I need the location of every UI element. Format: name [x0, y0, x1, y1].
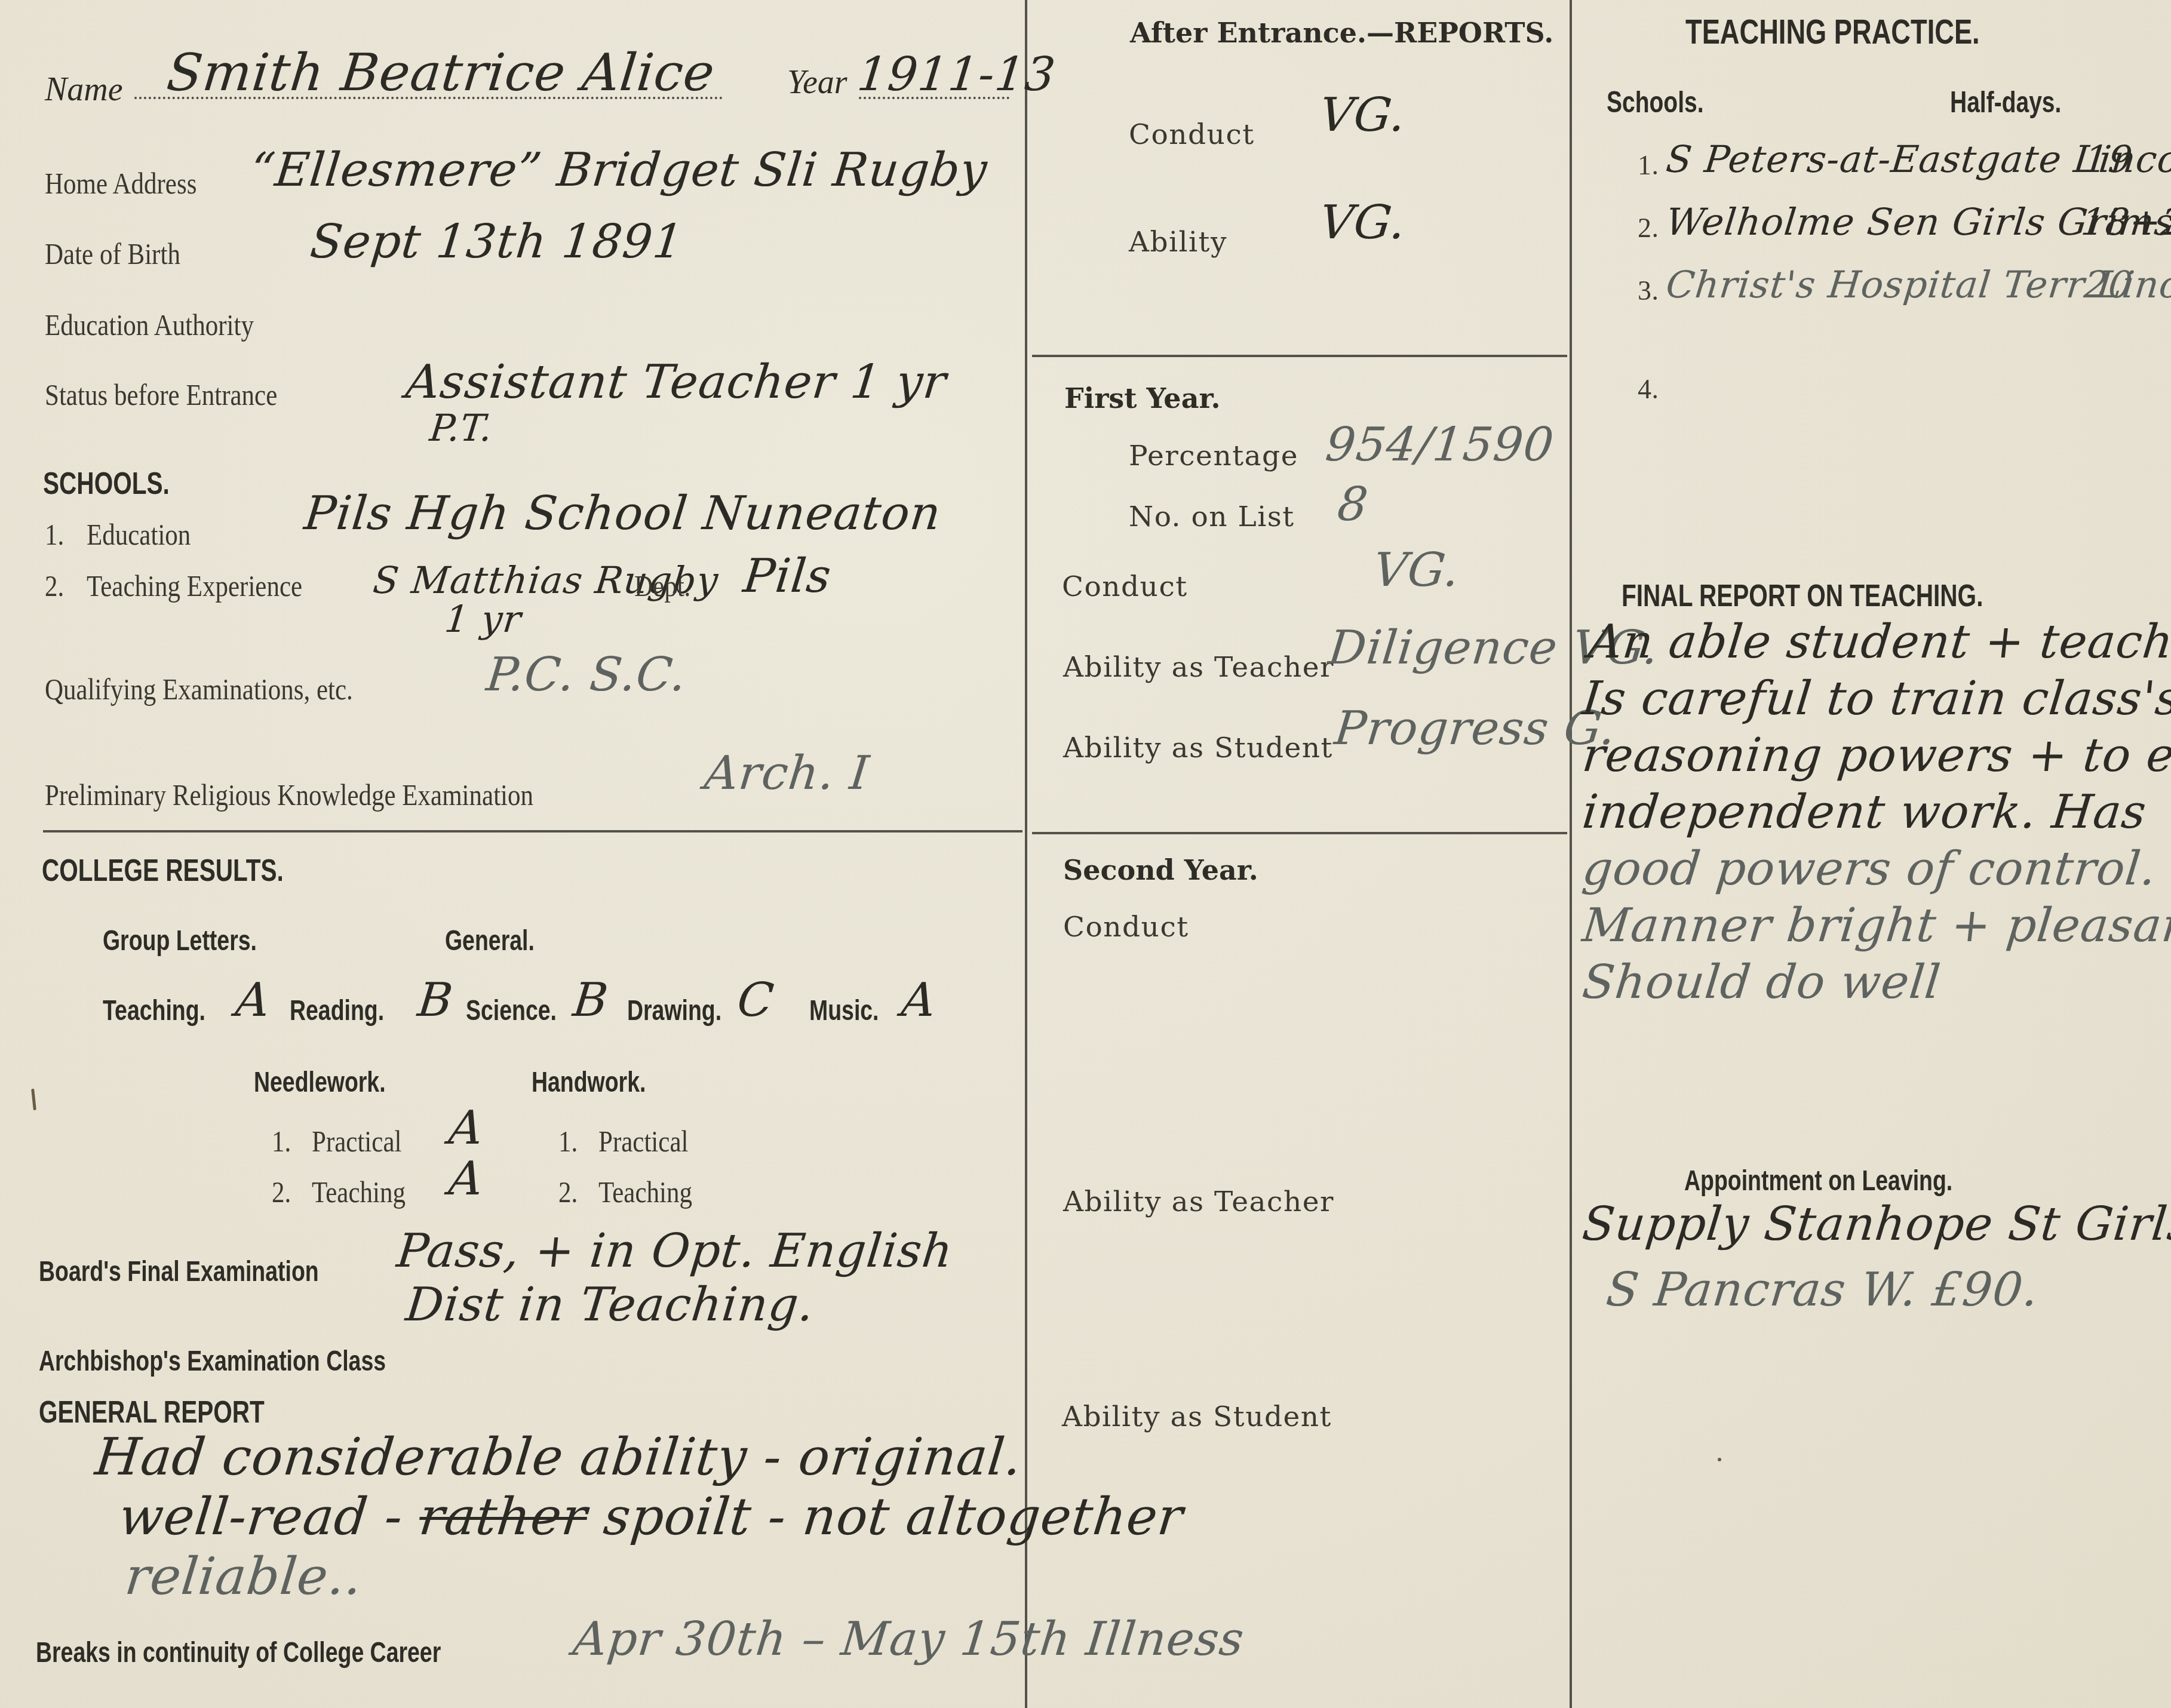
general-report-line3: reliable.. — [122, 1547, 366, 1606]
appointment-line2: S Pancras W. £90. — [1604, 1263, 2041, 1317]
status-value-line2: P.T. — [428, 406, 495, 450]
handwork-num: 2. — [558, 1175, 578, 1209]
general-report-line2-end: spoilt - not altogether — [601, 1487, 1186, 1547]
boards-final-label: Board's Final Examination — [39, 1255, 319, 1288]
needlework-item-label: Practical — [312, 1124, 401, 1159]
general-report-line1: Had considerable ability - original. — [93, 1427, 1025, 1487]
first-year-student-value: Progress G. — [1332, 702, 1619, 755]
needlework-label: Needlework. — [254, 1066, 386, 1099]
after-entrance-label: Ability — [1129, 226, 1227, 259]
practice-row-half-days: 19 — [2082, 137, 2135, 181]
column-divider-right — [1570, 0, 1572, 1708]
ink-mark — [31, 1089, 36, 1110]
final-report-line: good powers of control. — [1580, 842, 2159, 896]
needlework-grade: A — [446, 1101, 486, 1155]
final-report-line: Should do well — [1580, 956, 1943, 1009]
practice-row-half-days: 20 — [2082, 263, 2135, 306]
first-year-student-label: Ability as Student — [1063, 732, 1333, 764]
status-value: Assistant Teacher 1 yr — [403, 355, 949, 409]
name-value: Smith Beatrice Alice — [164, 43, 718, 103]
education-num: 1. — [45, 517, 64, 552]
reports-heading: After Entrance.—REPORTS. — [1130, 17, 1553, 49]
practice-row-num: 3. — [1638, 275, 1659, 306]
first-year-teacher-label: Ability as Teacher — [1063, 651, 1334, 684]
section-divider-after-entrance — [1032, 355, 1567, 357]
second-year-teacher-label: Ability as Teacher — [1063, 1185, 1334, 1218]
second-year-student-label: Ability as Student — [1062, 1400, 1332, 1433]
list-label: No. on List — [1129, 500, 1295, 533]
group-letters-label: Group Letters. — [103, 924, 257, 957]
religious-value: Arch. I — [702, 747, 871, 800]
handwork-item-label: Teaching — [598, 1175, 692, 1209]
needlework-grade: A — [446, 1152, 486, 1206]
needlework-num: 2. — [272, 1175, 291, 1209]
teaching-practice-heading: TEACHING PRACTICE. — [1685, 12, 1980, 52]
grade-label: Science. — [466, 994, 557, 1027]
after-entrance-label: Conduct — [1129, 118, 1255, 151]
second-year-heading: Second Year. — [1063, 854, 1258, 886]
ink-dot — [1718, 1458, 1721, 1461]
student-record-card: Name Smith Beatrice Alice Year 1911-13 H… — [0, 0, 2171, 1708]
percentage-value: 954/1590 — [1323, 418, 1556, 472]
dob-value: Sept 13th 1891 — [308, 215, 686, 269]
religious-label: Preliminary Religious Knowledge Examinat… — [45, 778, 533, 812]
list-value: 8 — [1335, 478, 1371, 532]
practice-row-half-days: 18+2 — [2079, 200, 2171, 244]
second-year-conduct-label: Conduct — [1063, 911, 1189, 944]
archbishop-label: Archbishop's Examination Class — [39, 1345, 386, 1378]
practice-row-num: 4. — [1638, 373, 1659, 405]
breaks-label: Breaks in continuity of College Career — [36, 1636, 441, 1669]
section-divider-personal — [43, 830, 1022, 833]
final-report-line: An able student + teacher. — [1586, 615, 2171, 669]
final-report-line: Is careful to train class's — [1580, 672, 2171, 726]
breaks-value: Apr 30th – May 15th Illness — [570, 1612, 1246, 1666]
general-label: General. — [445, 924, 535, 957]
grade-value: B — [415, 973, 456, 1027]
qualifying-value: P.C. S.C. — [484, 648, 689, 702]
appointment-heading: Appointment on Leaving. — [1684, 1165, 1952, 1197]
name-label: Name — [45, 70, 123, 109]
general-report-struck-word: rather — [416, 1487, 590, 1547]
grade-label: Teaching. — [103, 994, 205, 1027]
practice-row-num: 2. — [1638, 212, 1659, 244]
education-authority-label: Education Authority — [45, 308, 254, 342]
handwork-num: 1. — [558, 1124, 578, 1159]
year-value: 1911-13 — [855, 48, 1058, 102]
final-report-line: independent work. Has — [1580, 785, 2149, 839]
teaching-exp-label: Teaching Experience — [87, 569, 302, 603]
first-year-conduct-label: Conduct — [1062, 570, 1188, 603]
after-entrance-value: VG. — [1317, 196, 1408, 250]
grade-value: B — [570, 973, 611, 1027]
needlework-num: 1. — [272, 1124, 291, 1159]
after-entrance-value: VG. — [1317, 88, 1408, 142]
column-divider-left — [1025, 0, 1027, 1708]
grade-label: Music. — [809, 994, 879, 1027]
grade-label: Reading. — [290, 994, 384, 1027]
schools-heading: SCHOOLS. — [43, 466, 170, 502]
year-label: Year — [787, 63, 847, 102]
home-address-value: “Ellesmere” Bridget Sli Rugby — [248, 143, 990, 197]
handwork-label: Handwork. — [532, 1066, 646, 1099]
section-divider-first-year — [1032, 832, 1567, 834]
appointment-line1: Supply Stanhope St Girls — [1580, 1197, 2171, 1251]
grade-value: C — [735, 973, 776, 1027]
dob-label: Date of Birth — [45, 236, 180, 271]
teaching-exp-value-line2: 1 yr — [443, 597, 524, 641]
boards-final-value-line2: Dist in Teaching. — [403, 1278, 817, 1332]
grade-value: A — [899, 973, 939, 1027]
home-address-label: Home Address — [45, 166, 196, 201]
final-report-heading: FINAL REPORT ON TEACHING. — [1622, 578, 1983, 614]
boards-final-value-line1: Pass, + in Opt. English — [394, 1224, 956, 1278]
education-value: Pils Hgh School Nuneaton — [302, 487, 944, 540]
dept-label: Dept. — [634, 569, 690, 603]
dept-value: Pils — [741, 549, 834, 603]
general-report-line2-start: well-read - — [116, 1487, 406, 1547]
first-year-conduct-value: VG. — [1371, 543, 1462, 597]
qualifying-label: Qualifying Examinations, etc. — [45, 672, 353, 706]
grade-label: Drawing. — [627, 994, 721, 1027]
practice-row-num: 1. — [1638, 149, 1659, 181]
general-report-heading: GENERAL REPORT — [39, 1394, 265, 1430]
half-days-column-label: Half-days. — [1950, 85, 2061, 119]
final-report-line: reasoning powers + to encourage — [1580, 729, 2171, 782]
education-label: Education — [87, 517, 191, 552]
status-label: Status before Entrance — [45, 377, 277, 412]
percentage-label: Percentage — [1129, 440, 1298, 472]
teaching-exp-num: 2. — [45, 569, 64, 603]
grade-value: A — [233, 973, 273, 1027]
final-report-line: Manner bright + pleasant. — [1580, 899, 2171, 953]
general-report-line2: well-read - rather spoilt - not altogeth… — [116, 1487, 1186, 1547]
handwork-item-label: Practical — [598, 1124, 688, 1159]
first-year-heading: First Year. — [1064, 382, 1220, 414]
college-results-heading: COLLEGE RESULTS. — [42, 853, 284, 889]
needlework-item-label: Teaching — [312, 1175, 406, 1209]
schools-column-label: Schools. — [1607, 85, 1704, 119]
